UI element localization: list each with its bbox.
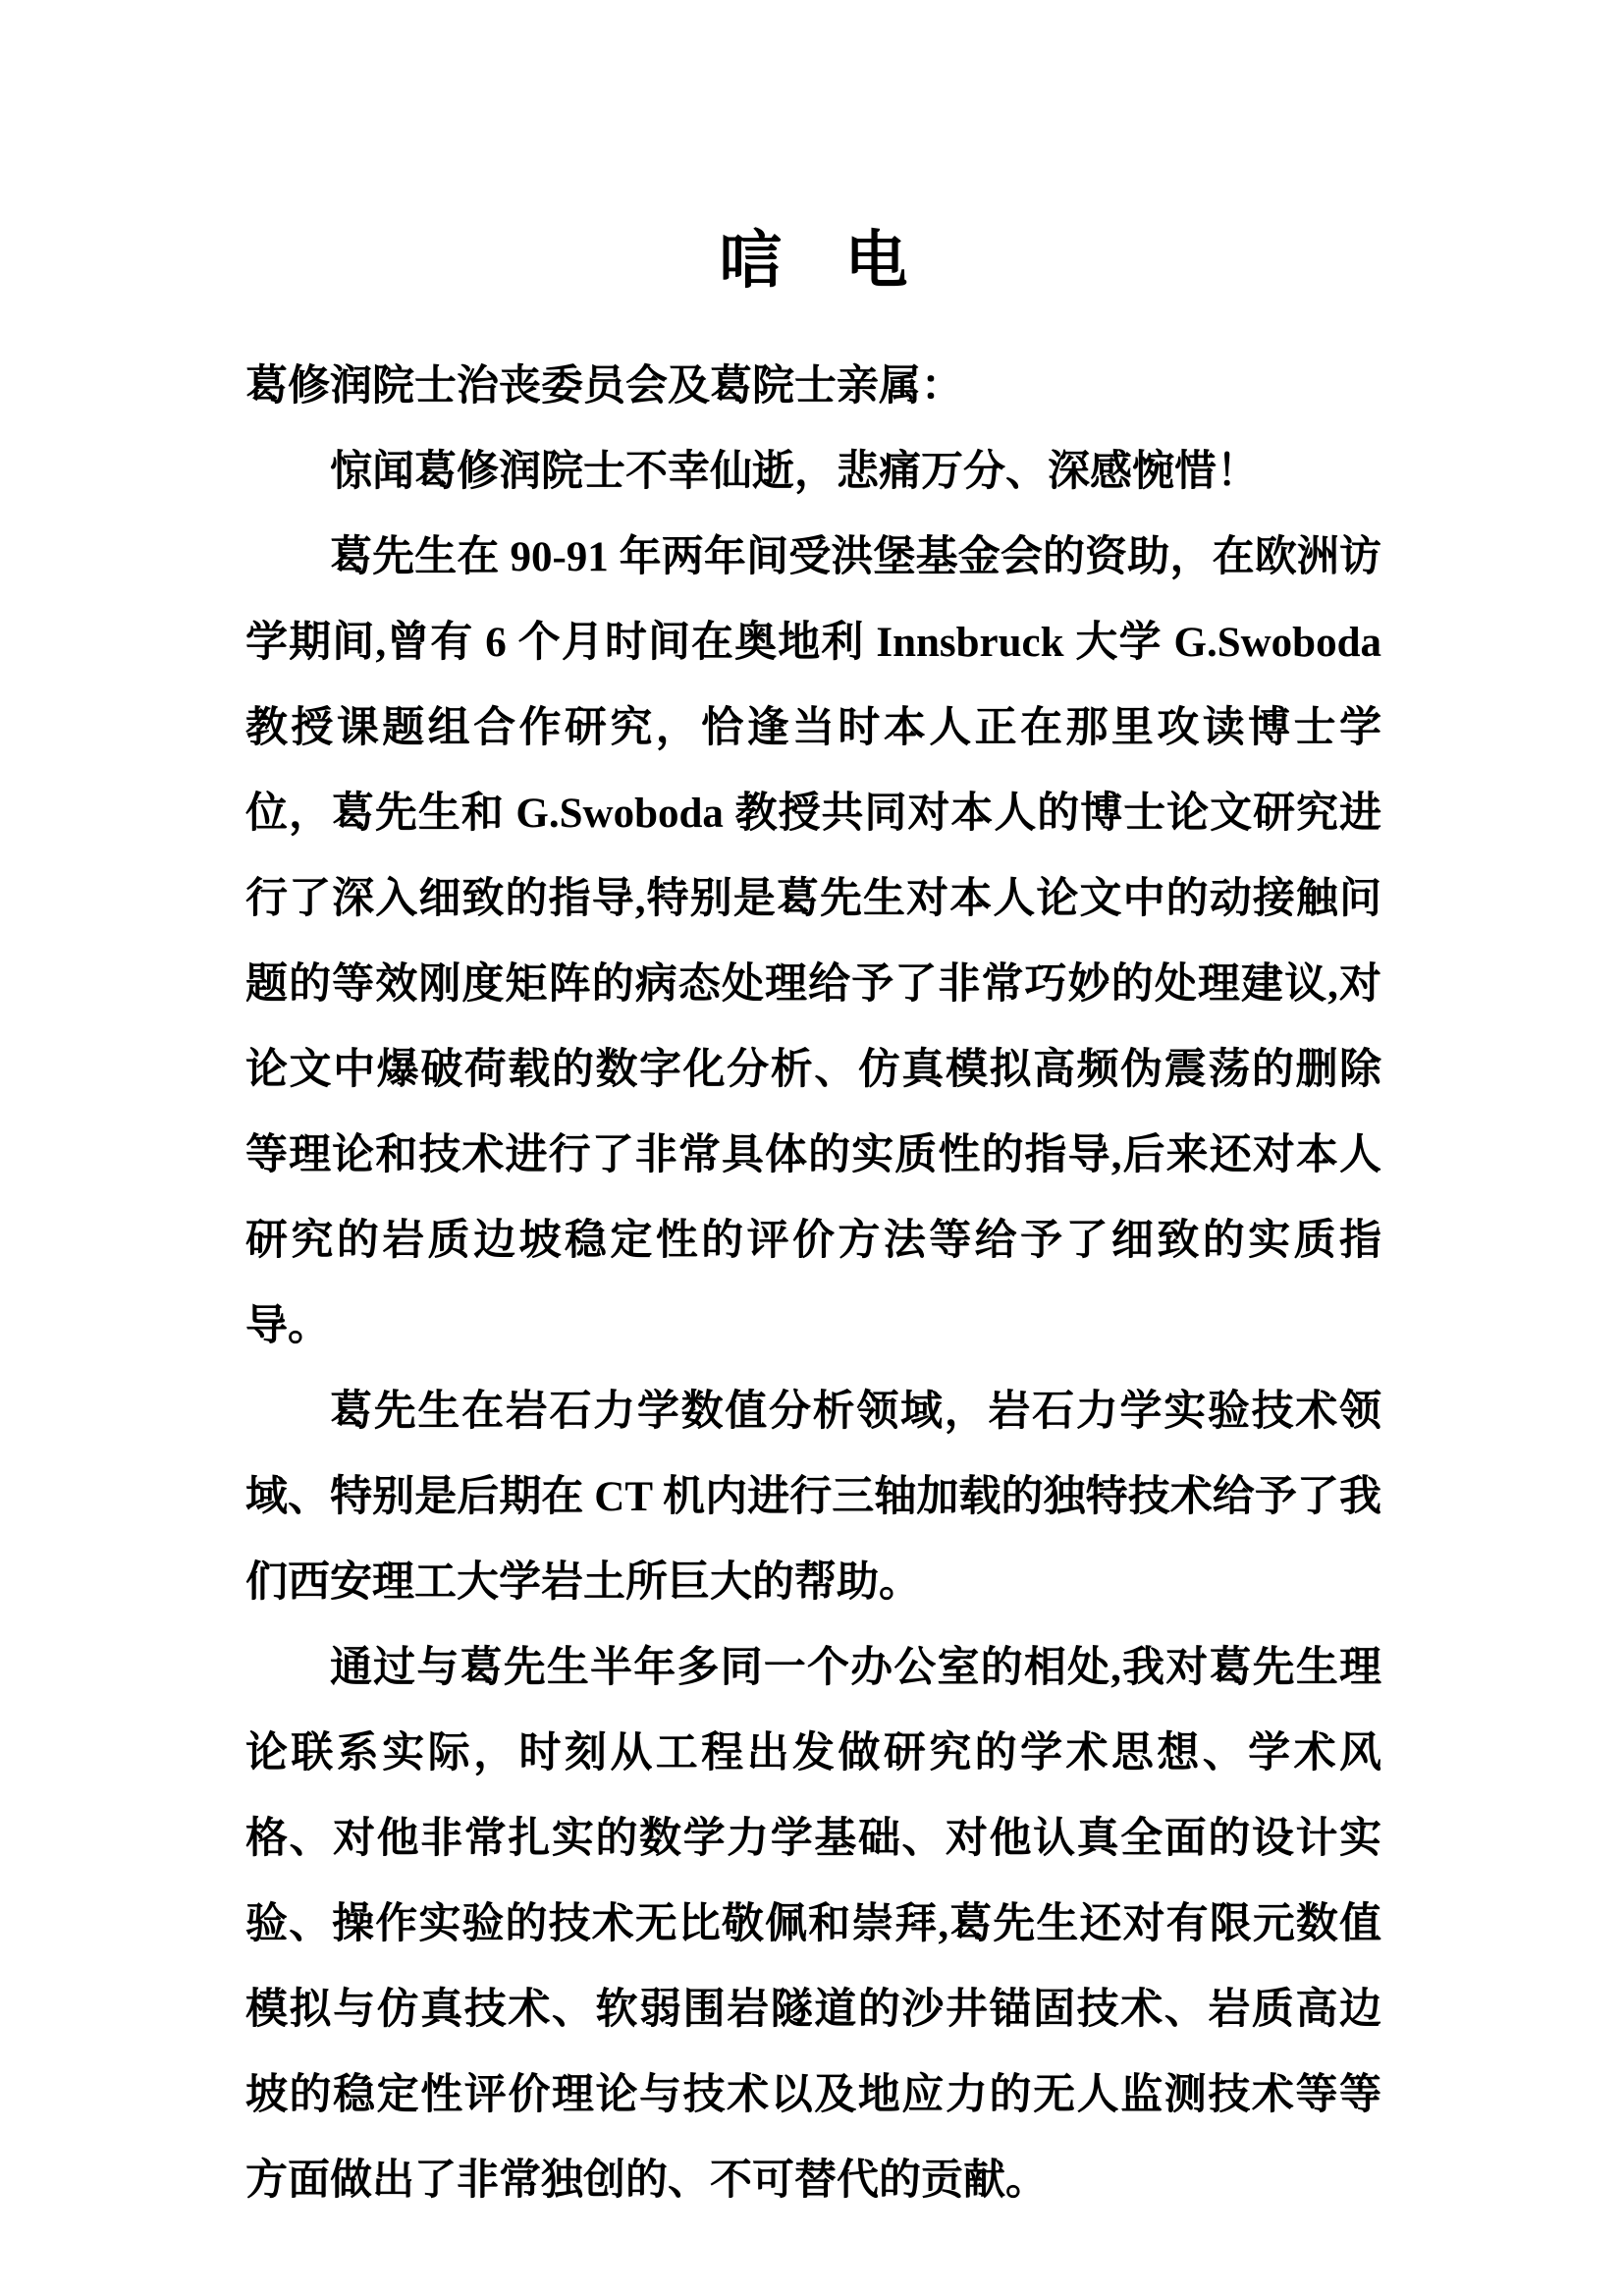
letter-page: 唁 电 葛修润院士治丧委员会及葛院士亲属： 惊闻葛修润院士不幸仙逝，悲痛万分、深… xyxy=(0,0,1623,2296)
paragraph: 通过与葛先生半年多同一个办公室的相处,我对葛先生理论联系实际，时刻从工程出发做研… xyxy=(245,1625,1381,2223)
paragraph: 葛先生在 90-91 年两年间受洪堡基金会的资助，在欧洲访学期间,曾有 6 个月… xyxy=(245,515,1381,1369)
paragraph: 惊闻葛修润院士不幸仙逝，悲痛万分、深感惋惜！ xyxy=(245,429,1381,515)
letter-content: 唁 电 葛修润院士治丧委员会及葛院士亲属： 惊闻葛修润院士不幸仙逝，悲痛万分、深… xyxy=(245,214,1381,2223)
letter-body: 惊闻葛修润院士不幸仙逝，悲痛万分、深感惋惜！葛先生在 90-91 年两年间受洪堡… xyxy=(245,429,1381,2223)
paragraph: 葛先生在岩石力学数值分析领域，岩石力学实验技术领域、特别是后期在 CT 机内进行… xyxy=(245,1369,1381,1625)
letter-title: 唁 电 xyxy=(245,214,1381,308)
salutation-line: 葛修润院士治丧委员会及葛院士亲属： xyxy=(245,344,1381,429)
